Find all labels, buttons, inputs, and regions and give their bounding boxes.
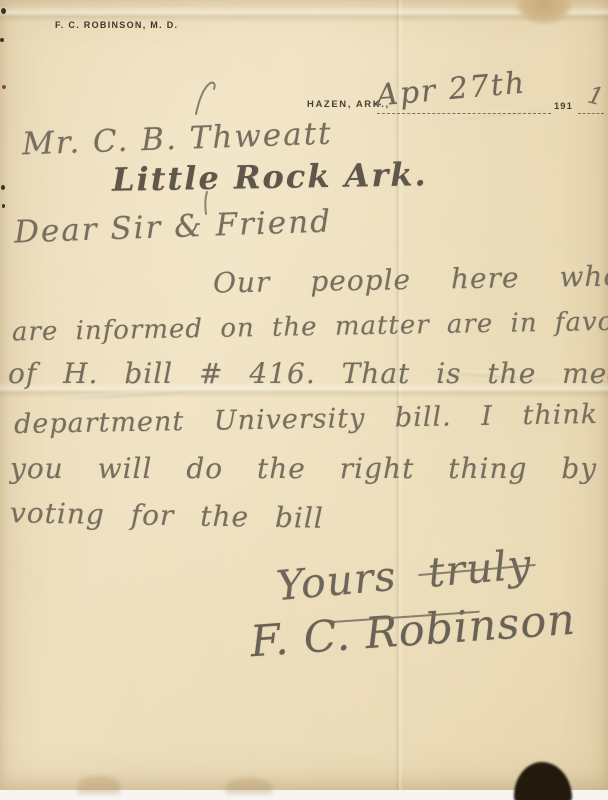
edge-speck [2,85,6,89]
edge-speck [1,185,5,190]
body-line: you will do the right thing by [10,452,597,485]
body-line: voting for the bill [10,496,324,534]
body-line: Our people here who [213,259,608,299]
body-line: of H. bill # 416. That is the med [8,357,608,390]
edge-smudge [78,776,120,794]
dateline-rule [578,113,604,114]
letterhead-name: F. C. ROBINSON, M. D. [55,20,178,30]
edge-smudge [226,778,272,794]
stray-pencil-mark [190,80,222,116]
handwritten-year-digit: 1 [585,81,607,112]
recipient-city: Little Rock Ark. [112,155,428,199]
dateline-rule [377,113,551,114]
body-line: are informed on the matter are in favor [12,307,608,348]
edge-speck [1,8,6,14]
body-line: department University bill. I think [14,399,599,440]
wrinkle-mark [430,106,550,124]
salutation: Dear Sir & Friend [13,203,332,250]
letter-page: F. C. ROBINSON, M. D. HAZEN, ARK., 191 A… [0,0,608,790]
dateline-year-prefix: 191 [554,101,573,112]
recipient-name: Mr. C. B. Thweatt [21,116,333,163]
edge-speck [2,204,5,208]
ink-blot [514,762,572,800]
edge-speck [0,38,4,42]
